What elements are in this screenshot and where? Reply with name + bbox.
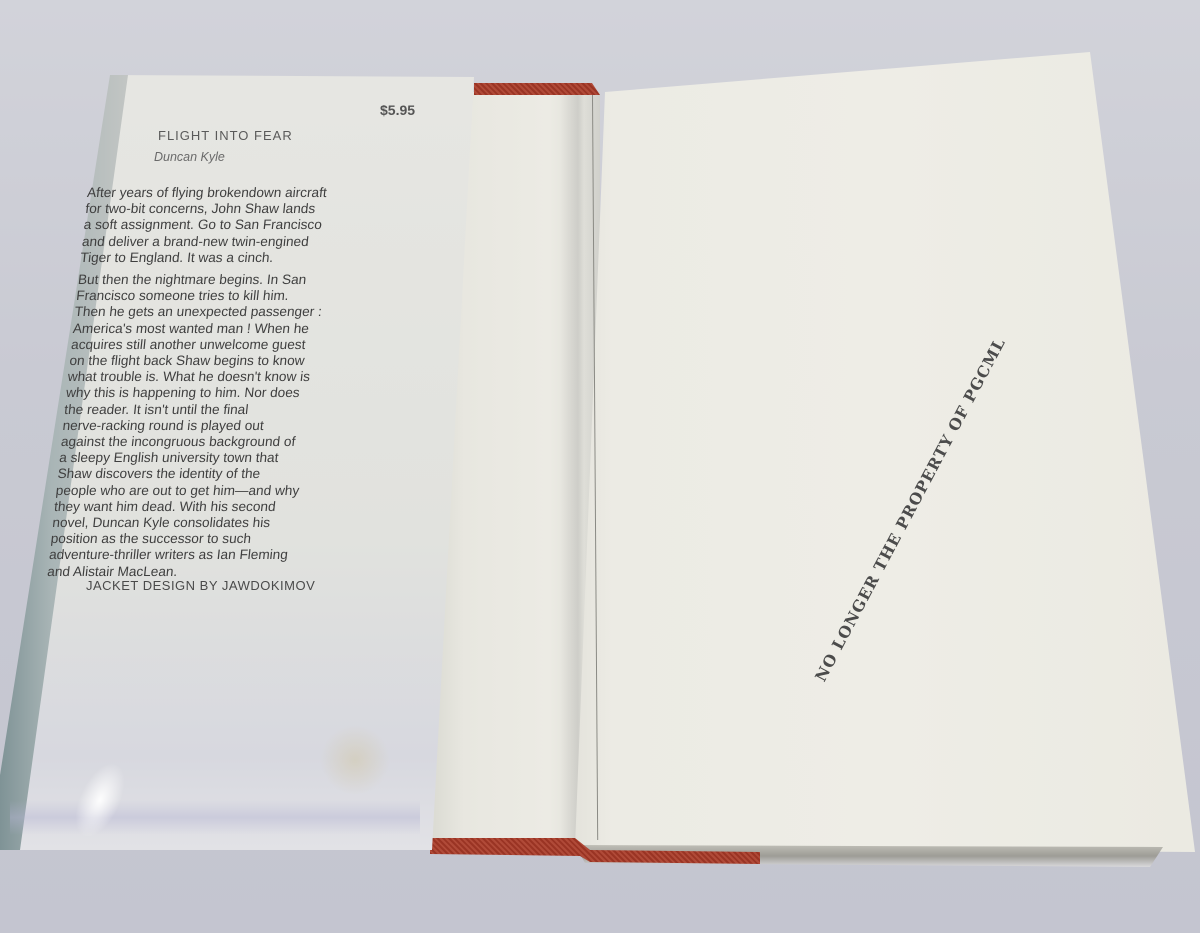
cloth-binding-top [474, 83, 600, 95]
jacket-design-credit: JACKET DESIGN BY JAWDOKIMOV [86, 578, 315, 593]
front-page [575, 52, 1195, 852]
book-photo: $5.95 FLIGHT INTO FEAR Duncan Kyle After… [0, 0, 1200, 933]
blurb-paragraph-2: But then the nightmare begins. In San Fr… [46, 272, 418, 580]
blurb-paragraph-1: After years of flying brokendown aircraf… [79, 185, 428, 266]
flap-stain [320, 725, 390, 795]
jacket-blurb: After years of flying brokendown aircraf… [46, 185, 428, 586]
book-title: FLIGHT INTO FEAR [158, 128, 293, 143]
book-author: Duncan Kyle [154, 150, 225, 164]
price-label: $5.95 [380, 102, 415, 118]
